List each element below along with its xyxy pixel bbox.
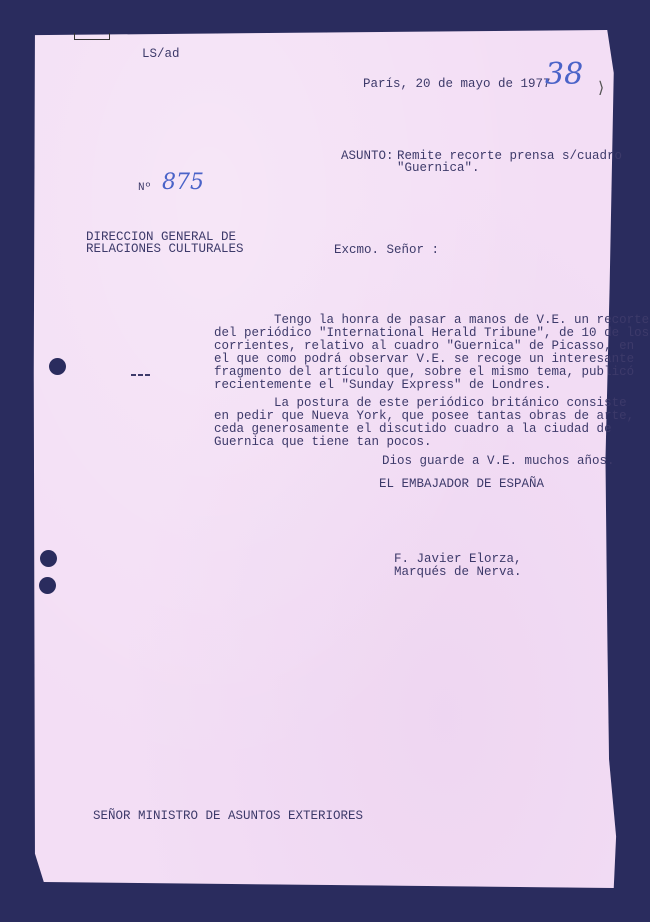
paragraph-1: Tengo la honra de pasar a manos de V.E. … — [214, 314, 649, 392]
salutation: Excmo. Señor : — [334, 244, 439, 257]
place-date: París, 20 de mayo de 1977 — [363, 78, 551, 91]
reference-code: LS/ad — [142, 48, 180, 61]
handwritten-page-number: 38 — [545, 58, 583, 92]
signatory-title: EL EMBAJADOR DE ESPAÑA — [379, 478, 544, 491]
handwritten-mark: ⟩ — [598, 78, 604, 97]
handwritten-number: 875 — [162, 170, 204, 196]
sender-line-2: RELACIONES CULTURALES — [86, 243, 244, 256]
punch-hole-middle — [40, 550, 57, 567]
closing-formula: Dios guarde a V.E. muchos años. — [382, 455, 615, 468]
punch-hole-bottom — [39, 577, 56, 594]
paragraph-2: La postura de este periódico británico c… — [214, 397, 634, 449]
paragraph-1-line: recientemente el "Sunday Express" de Lon… — [214, 379, 649, 392]
subject-label: ASUNTO: — [341, 150, 394, 163]
staple-mark — [74, 33, 110, 40]
number-label: Nº — [138, 182, 151, 195]
margin-dash — [131, 374, 151, 376]
paragraph-2-line: Guernica que tiene tan pocos. — [214, 436, 634, 449]
addressee: SEÑOR MINISTRO DE ASUNTOS EXTERIORES — [93, 810, 363, 823]
subject-line-2: "Guernica". — [397, 162, 480, 175]
punch-hole-top — [49, 358, 66, 375]
signatory-rank: Marqués de Nerva. — [394, 566, 522, 579]
